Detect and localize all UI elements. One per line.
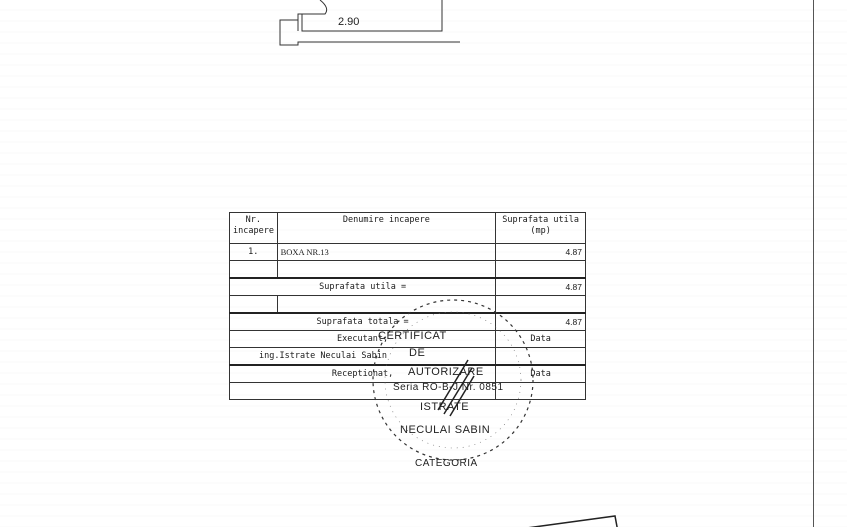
stamp-line-5: ISTRATE [420, 401, 469, 413]
room-area: 4.87 [496, 244, 586, 261]
executant-name: ing.Istrate Neculai Sabin [259, 351, 387, 361]
table-header-row: Nr. incapere Denumire incapere Suprafata… [230, 213, 586, 244]
header-useful-area: Suprafata utila (mp) [496, 213, 586, 244]
executant-label: Executant, [230, 331, 496, 348]
total-area-row: Suprafata totala = 4.87 [230, 313, 586, 331]
stamp-line-3: AUTORIZARE [408, 366, 484, 378]
useful-area-row: Suprafata utila = 4.87 [230, 278, 586, 296]
corner-stamp-fragment [510, 512, 620, 527]
executant-cell: ing.Istrate Neculai Sabin [230, 348, 496, 366]
stamp-line-2: DE [409, 347, 425, 359]
date-label: Data [496, 331, 586, 348]
table-row: 1. BOXA NR.13 4.87 [230, 244, 586, 261]
room-name [277, 261, 496, 279]
table-row [230, 261, 586, 279]
page-edge-rule [813, 0, 814, 527]
executant-body-row: ing.Istrate Neculai Sabin [230, 348, 586, 366]
stamp-line-4: Seria RO-B-J Nr. 0851 [393, 382, 504, 393]
stamp-line-7: CATEGORIA [415, 458, 478, 469]
floor-plan-fragment [270, 0, 470, 50]
stamp-line-1: CERTIFICAT [378, 330, 447, 342]
useful-area-value: 4.87 [496, 278, 586, 296]
dimension-label: 2.90 [338, 16, 359, 28]
executant-date-cell [496, 348, 586, 366]
receptionist-date-cell [496, 383, 586, 400]
header-room-name: Denumire incapere [277, 213, 496, 244]
empty-cell [496, 296, 586, 314]
total-area-value: 4.87 [496, 313, 586, 331]
room-no [230, 261, 278, 279]
total-area-label: Suprafata totala = [230, 313, 496, 331]
room-name: BOXA NR.13 [277, 244, 496, 261]
empty-cell [277, 296, 496, 314]
date-label-2: Data [496, 365, 586, 383]
spacer-row [230, 296, 586, 314]
room-area [496, 261, 586, 279]
useful-area-label: Suprafata utila = [230, 278, 496, 296]
header-room-no: Nr. incapere [230, 213, 278, 244]
stamp-line-6: NECULAI SABIN [400, 424, 490, 436]
empty-cell [230, 296, 278, 314]
room-no: 1. [230, 244, 278, 261]
